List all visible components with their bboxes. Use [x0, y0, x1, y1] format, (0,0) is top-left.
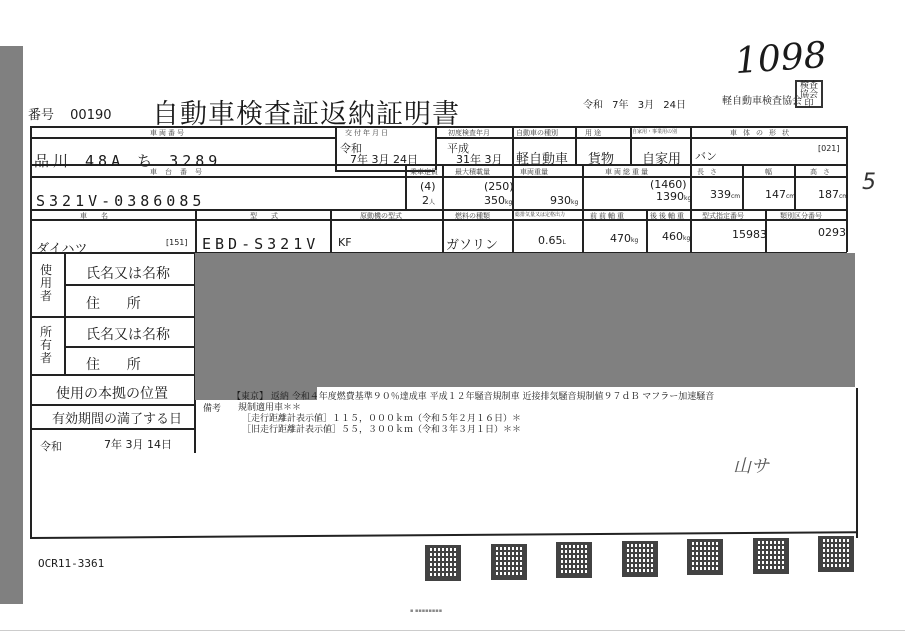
- height-label: 高さ: [810, 167, 836, 177]
- max-load-paren: (250): [484, 180, 514, 193]
- length-value: 339cm: [710, 188, 740, 201]
- width-label: 幅: [765, 167, 774, 177]
- front-axle-value: 470kg: [610, 232, 638, 245]
- engine-value: KF: [338, 236, 352, 249]
- document-number-value: 00190: [70, 108, 111, 123]
- chassis-label: 車台番号: [150, 167, 210, 177]
- capacity-label: 乗車定員: [410, 167, 438, 177]
- notes-line: 規制適用車＊＊: [238, 403, 852, 414]
- notes-line: ［走行距離計表示値］１１５，０００ｋｍ（令和５年２月１６日）＊: [242, 414, 852, 425]
- qr-code-icon: [687, 539, 723, 575]
- qr-code-icon: [491, 544, 527, 580]
- vehicle-type-value: 軽自動車: [516, 148, 568, 167]
- qr-code-icon: [622, 541, 658, 577]
- margin-mark: 5: [862, 170, 876, 195]
- capacity-paren: (4): [420, 180, 436, 193]
- displacement-value: 0.65L: [538, 234, 566, 247]
- first-reg-label: 初度検査年月: [448, 128, 490, 138]
- model-value: EBD-S321V: [202, 235, 319, 253]
- type-designation-label: 型式指定番号: [702, 211, 744, 221]
- notes-line: 【東京】 返納 令和４年度燃費基準９０％達成車 平成１２年騒音規制車 近接排気騒…: [232, 392, 852, 403]
- user-address-label: 住 所: [86, 293, 141, 313]
- document-number-label: 番号: [28, 108, 54, 123]
- width-value: 147cm: [765, 188, 795, 201]
- fuel-label: 燃料の種類: [455, 211, 490, 221]
- expiry-label: 有効期間の満了する日: [52, 408, 182, 427]
- expiry-era: 令和: [40, 438, 62, 454]
- form-code: OCR11-3361: [38, 557, 104, 570]
- qr-code-icon: [753, 538, 789, 574]
- capacity-value: 2人: [422, 194, 435, 207]
- expiry-value: 7年 3月 14日: [104, 436, 172, 452]
- notes-label: 備考: [203, 404, 221, 415]
- first-reg-value: 31年 3月: [456, 151, 503, 167]
- issue-date: 令和 7年 3月 24日: [583, 96, 686, 111]
- type-designation-value: 15983: [732, 228, 767, 241]
- official-seal-icon: 検査協会印: [795, 80, 823, 108]
- document-number: 番号 00190: [28, 104, 112, 123]
- handwritten-number: 1098: [734, 35, 828, 82]
- user-name-label: 氏名又は名称: [86, 263, 170, 283]
- page-bottom-rule: [0, 630, 905, 631]
- notes-block: 【東京】 返納 令和４年度燃費基準９０％達成車 平成１２年騒音規制車 近接排気騒…: [232, 392, 852, 436]
- redacted-owner-info: [195, 253, 855, 387]
- fuel-value: ガソリン: [446, 234, 498, 253]
- maker-label: 車名: [80, 211, 122, 221]
- private-label: 自家用・事業用の別: [632, 128, 677, 135]
- body-shape-code: [021]: [818, 144, 840, 153]
- vehicle-weight-value: 930kg: [550, 194, 578, 207]
- issuer-name: 軽自動車検査協会: [722, 92, 802, 107]
- user-label: 使用者: [40, 264, 54, 303]
- qr-code-icon: [818, 536, 854, 572]
- model-label: 型式: [250, 211, 292, 221]
- notes-line: ［旧走行距離計表示値］５５，３００ｋｍ（令和３年３月１日）＊＊: [242, 425, 852, 436]
- usage-label: 用途: [585, 128, 603, 138]
- vehicle-type-label: 自動車の種別: [516, 128, 558, 138]
- handwritten-signature: 山サ: [733, 452, 769, 478]
- scan-edge-band: [0, 46, 23, 604]
- gross-weight-value: 1390kg: [656, 190, 691, 203]
- registration-label: 車両番号: [150, 128, 186, 138]
- owner-name-label: 氏名又は名称: [86, 324, 170, 344]
- front-axle-label: 前前軸重: [590, 211, 626, 221]
- weight-label: 車両重量: [520, 167, 548, 177]
- private-value: 自家用: [642, 148, 681, 167]
- engine-label: 原動機の型式: [360, 211, 402, 221]
- maker-value: ダイハツ: [36, 238, 87, 257]
- gross-weight-label: 車両総重量: [605, 167, 650, 177]
- body-shape-value: バン: [695, 148, 717, 164]
- category-value: 0293: [818, 226, 846, 239]
- length-label: 長さ: [697, 167, 723, 177]
- qr-code-icon: [556, 542, 592, 578]
- issue-date-label: 交付年月日: [345, 128, 390, 138]
- body-shape-label: 車体の形状: [730, 128, 795, 138]
- base-location-label: 使用の本拠の位置: [56, 383, 168, 403]
- max-load-value: 350kg: [484, 194, 512, 207]
- height-value: 187cm: [818, 188, 848, 201]
- maker-code: [151]: [166, 238, 188, 247]
- rear-axle-value: 460kg: [662, 230, 690, 243]
- category-label: 類別区分番号: [780, 211, 822, 221]
- qr-code-icon: [425, 545, 461, 581]
- rear-axle-label: 後後軸重: [650, 211, 686, 221]
- footer-mark: ▪ ▪▪▪▪▪▪▪▪: [410, 608, 442, 614]
- usage-value: 貨物: [588, 148, 614, 167]
- issue-date-value: 7年 3月 24日: [350, 151, 418, 167]
- chassis-number: S321V-0386085: [36, 192, 205, 210]
- owner-address-label: 住 所: [86, 354, 141, 374]
- owner-label: 所有者: [40, 326, 54, 365]
- displacement-label: 総排気量又は定格出力: [515, 211, 565, 218]
- max-load-label: 最大積載量: [455, 167, 490, 177]
